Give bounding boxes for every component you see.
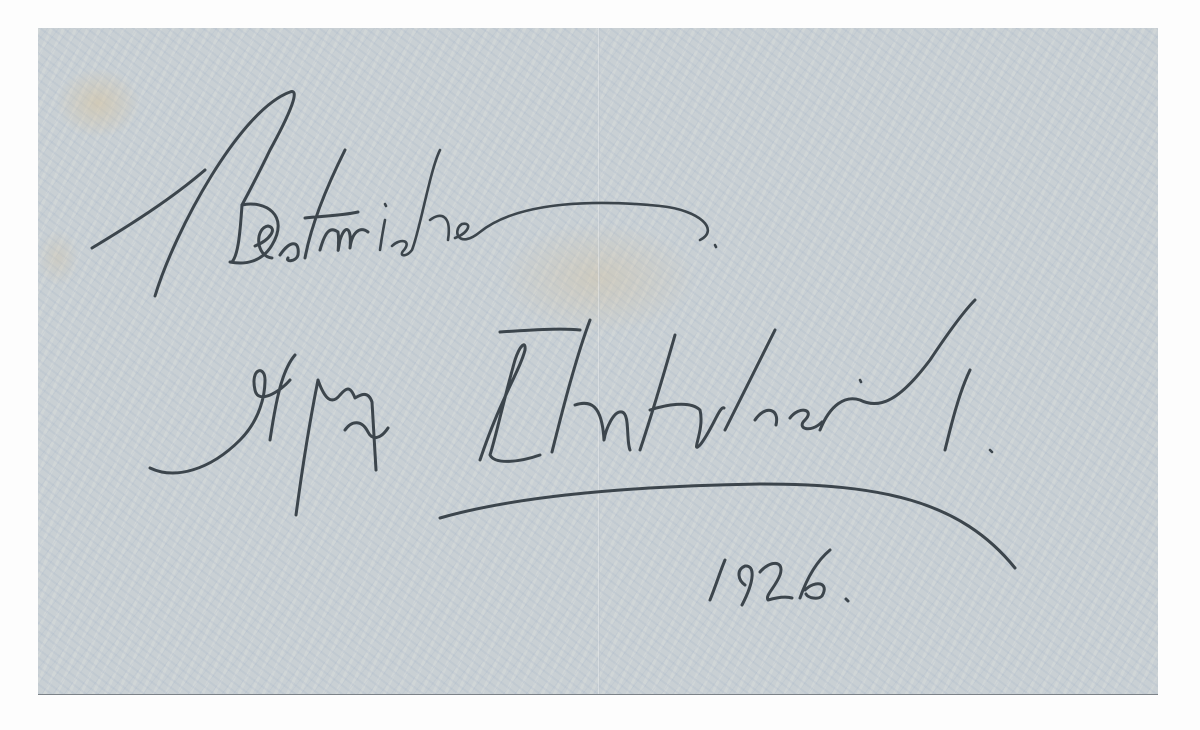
greeting-handwriting (92, 92, 716, 296)
date-handwriting (710, 550, 848, 605)
signature-handwriting (150, 300, 1015, 568)
handwriting-ink (0, 0, 1200, 730)
